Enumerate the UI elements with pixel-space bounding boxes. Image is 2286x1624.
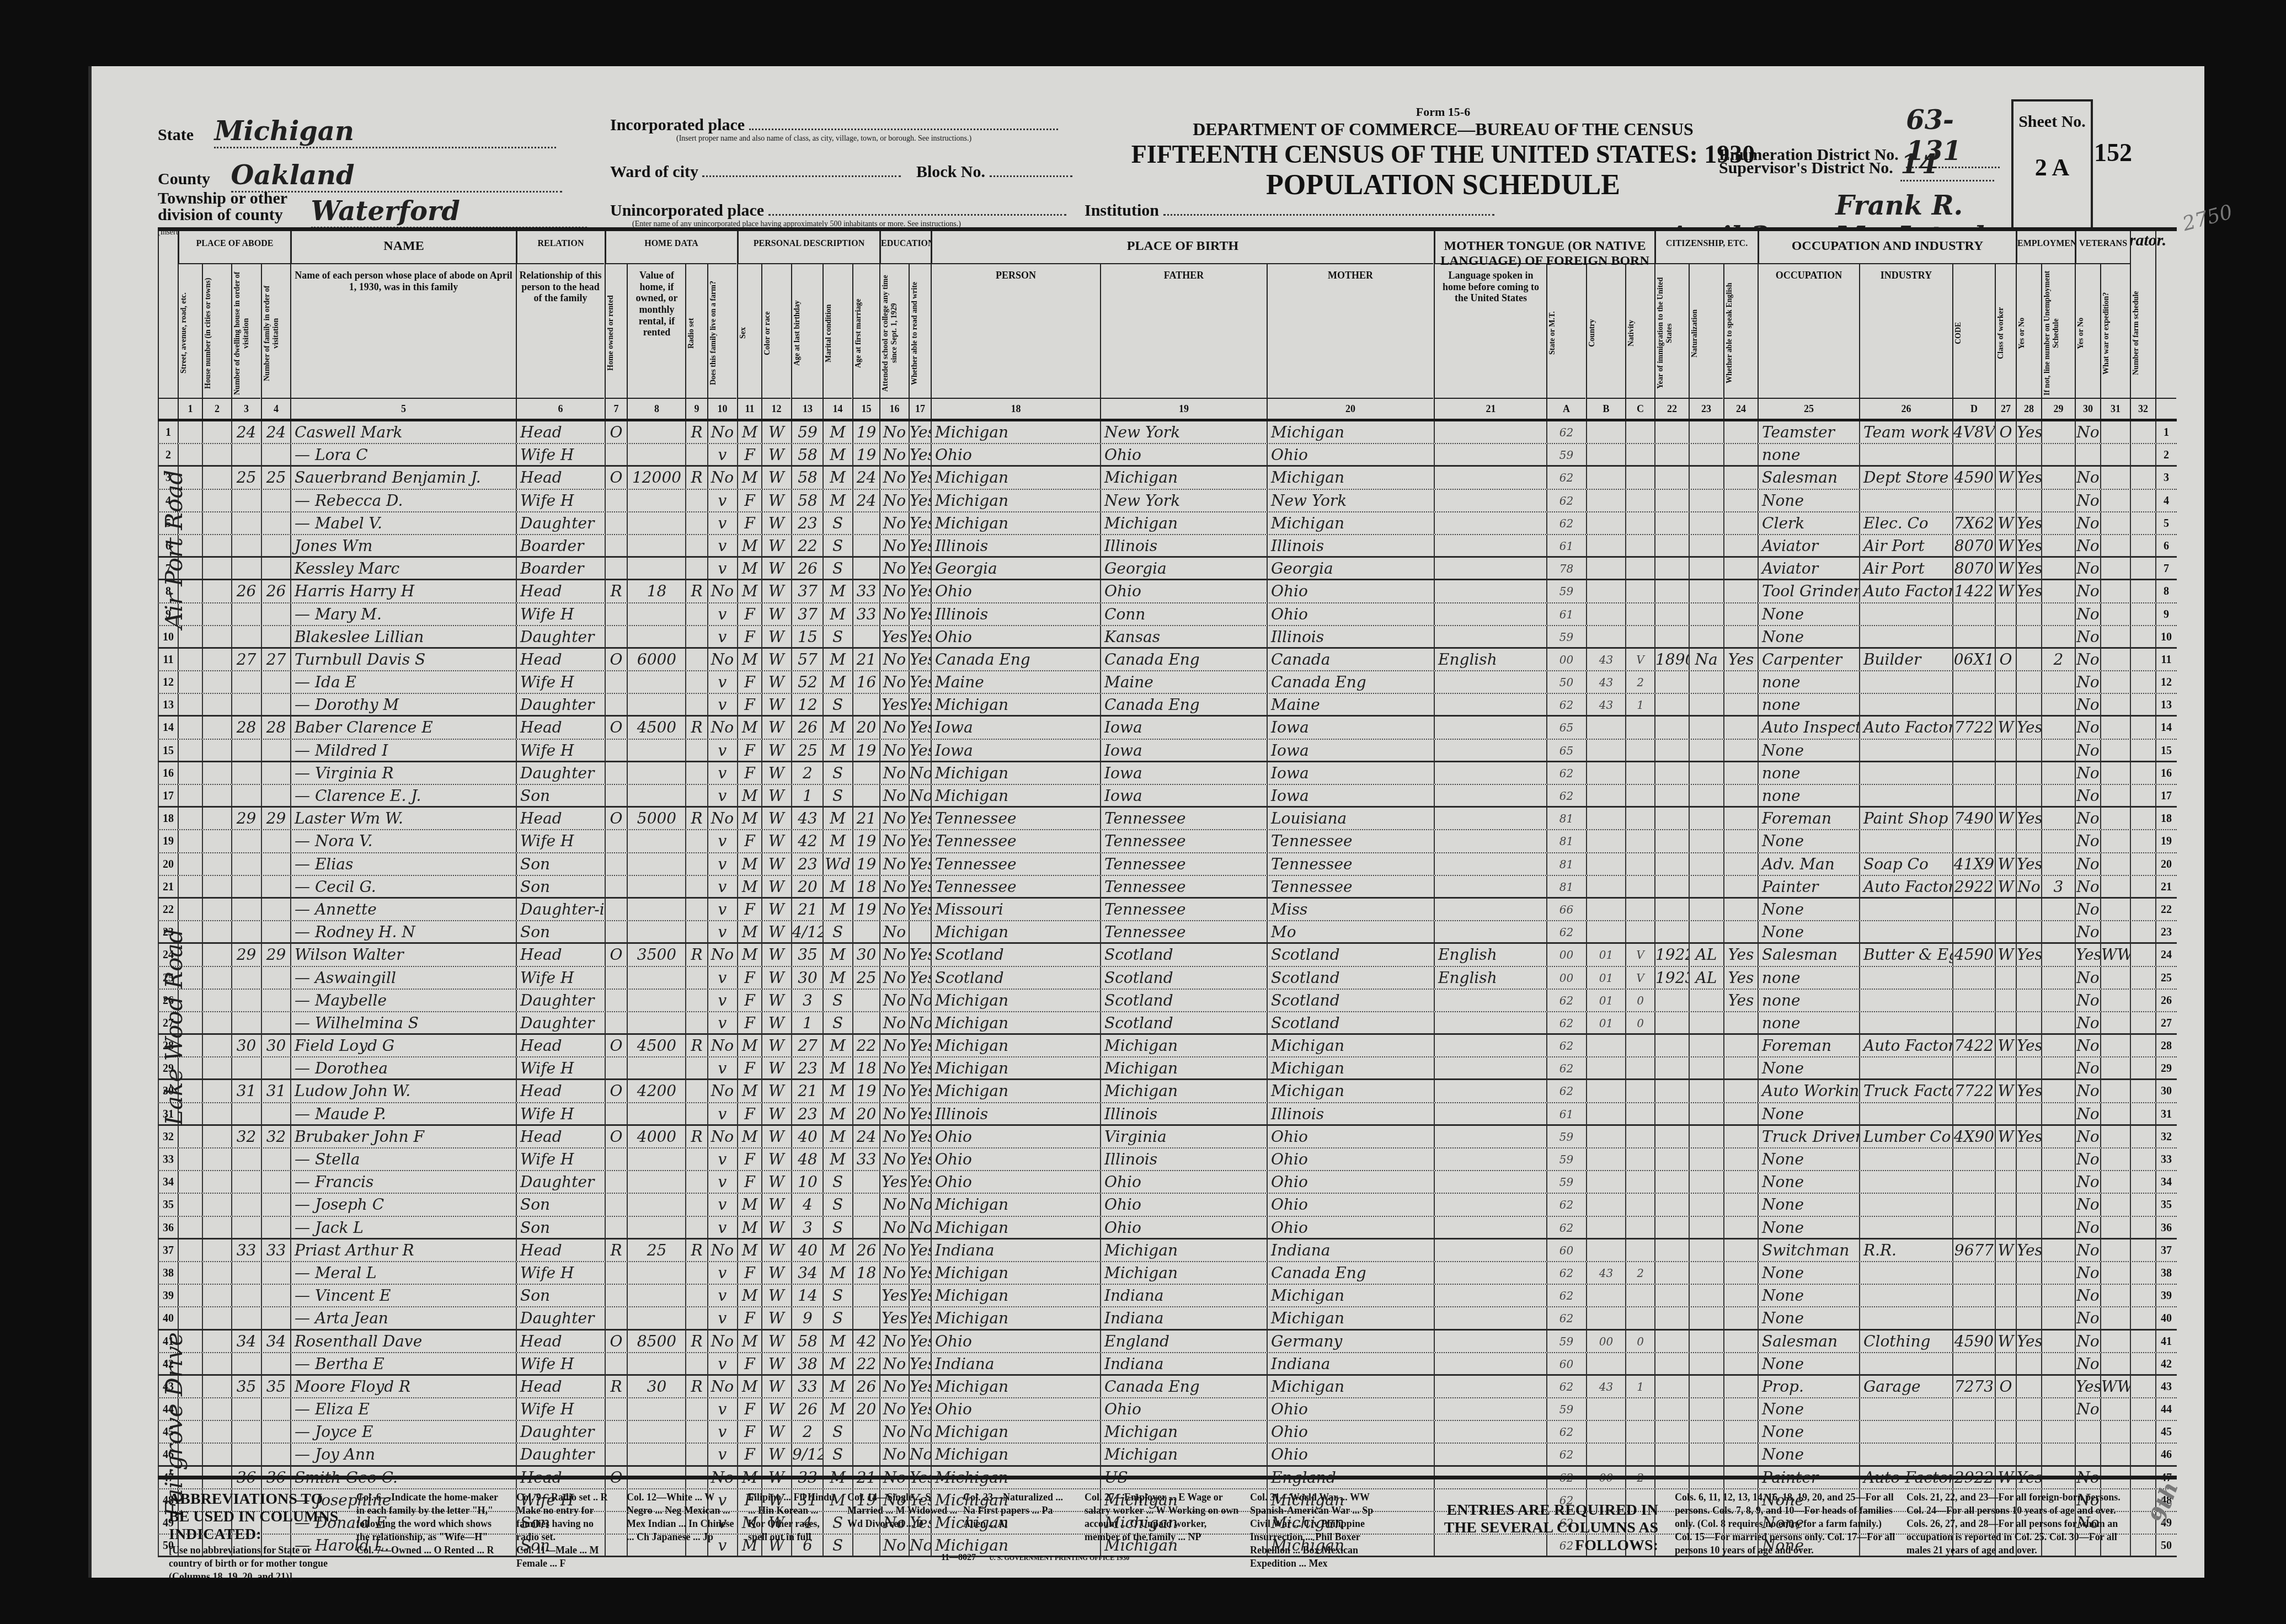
cell-dw: 34 xyxy=(231,1331,260,1352)
cell-dw xyxy=(231,1194,260,1215)
cell-c xyxy=(1625,1285,1654,1306)
cell-sch: No xyxy=(879,717,909,738)
cell-f32 xyxy=(2130,1421,2155,1443)
cell-cls xyxy=(1995,921,2016,942)
column-number: 15 xyxy=(853,398,879,419)
cell-name: — Aswaingill xyxy=(290,967,516,989)
cell-name: Laster Wm W. xyxy=(290,808,516,829)
cell-sex: F xyxy=(737,444,761,465)
cell-war xyxy=(2100,1194,2130,1215)
sd-label: Supervisor's District No. xyxy=(1719,159,1893,177)
cell-emp xyxy=(2016,1262,2041,1284)
cell-unemp xyxy=(2041,1217,2075,1238)
cell-b xyxy=(1586,1171,1625,1193)
cell-age: 26 xyxy=(791,717,823,738)
cell-dw xyxy=(231,1103,260,1124)
cell-radio xyxy=(685,1353,707,1374)
cell-imm xyxy=(1654,1376,1689,1397)
cell-own xyxy=(605,740,627,761)
cell-war xyxy=(2100,1240,2130,1261)
cell-emp: Yes xyxy=(2016,467,2041,488)
cell-lang xyxy=(1434,626,1547,647)
cell-vet: No xyxy=(2075,1285,2100,1306)
cell-vet: No xyxy=(2075,717,2100,738)
cell-age: 23 xyxy=(791,853,823,875)
cell-code xyxy=(1952,1398,1995,1420)
cell-age: 9 xyxy=(791,1307,823,1328)
cell-unemp xyxy=(2041,808,2075,829)
cell-rw: Yes xyxy=(909,694,931,715)
cell-name: Jones Wm xyxy=(290,535,516,556)
cell-lang xyxy=(1434,1240,1547,1261)
cell-age: 43 xyxy=(791,808,823,829)
table-row: 33— StellaWife HvFW48M33NoYesOhioIllinoi… xyxy=(158,1148,2177,1171)
cell-sex: M xyxy=(737,580,761,602)
cell-age: 14 xyxy=(791,1285,823,1306)
cell-lang xyxy=(1434,490,1547,511)
column-header-text: Marital condition xyxy=(825,270,851,397)
department-title: DEPARTMENT OF COMMERCE—BUREAU OF THE CEN… xyxy=(1085,119,1802,140)
township-label: Township or other division of county xyxy=(158,190,290,223)
cell-vet: No xyxy=(2075,490,2100,511)
cell-race: W xyxy=(761,512,791,534)
column-number: 27 xyxy=(1996,398,2016,419)
cell-own xyxy=(605,558,627,579)
cell-occ: none xyxy=(1758,762,1859,784)
cell-ln2: 22 xyxy=(2155,899,2176,920)
table-body: 12424Caswell MarkHeadORNoMW59M19NoYesMic… xyxy=(158,421,2177,1557)
cell-imm xyxy=(1654,1035,1689,1056)
cell-war xyxy=(2100,921,2130,942)
cell-occ: None xyxy=(1758,1262,1859,1284)
cell-mar: M xyxy=(822,740,852,761)
cell-afm xyxy=(852,1217,879,1238)
cell-mar: M xyxy=(822,490,852,511)
cell-vet: No xyxy=(2075,535,2100,556)
cell-sch: No xyxy=(879,967,909,989)
cell-b: 43 xyxy=(1586,671,1625,693)
cell-afm: 22 xyxy=(852,1353,879,1374)
cell-imm xyxy=(1654,512,1689,534)
cell-code: 7422 xyxy=(1952,1035,1995,1056)
cell-code xyxy=(1952,490,1995,511)
cell-ln2: 20 xyxy=(2155,853,2176,875)
cell-name: — Lora C xyxy=(290,444,516,465)
cell-unemp xyxy=(2041,1012,2075,1033)
cell-f32 xyxy=(2130,740,2155,761)
cell-vet: No xyxy=(2075,808,2100,829)
cell-ln2: 16 xyxy=(2155,762,2176,784)
cell-radio: R xyxy=(685,944,707,965)
cell-name: Field Loyd G xyxy=(290,1035,516,1056)
cell-race: W xyxy=(761,1035,791,1056)
column-number xyxy=(2156,398,2176,419)
cell-own: O xyxy=(605,467,627,488)
cell-age: 21 xyxy=(791,1080,823,1102)
cell-bpf: Canada Eng xyxy=(1100,1376,1267,1397)
cell-ln2: 1 xyxy=(2155,421,2176,443)
cell-house xyxy=(202,603,231,625)
sheet-number-box: Sheet No. 2 A xyxy=(2011,99,2093,236)
cell-lang xyxy=(1434,671,1547,693)
cell-bpm: Michigan xyxy=(1267,1376,1433,1397)
cell-sch: No xyxy=(879,649,909,670)
cell-bpm: Iowa xyxy=(1267,785,1433,806)
cell-nat xyxy=(1689,1353,1723,1374)
table-row: 13— Dorothy MDaughtervFW12SYesYesMichiga… xyxy=(158,694,2177,717)
cell-vet: No xyxy=(2075,649,2100,670)
cell-fm: 24 xyxy=(261,421,290,443)
cell-occ: Auto Inspection xyxy=(1758,717,1859,738)
cell-bp: Michigan xyxy=(931,762,1100,784)
cell-bpf: Iowa xyxy=(1100,740,1267,761)
population-table: Street, avenue, road, etc.1House number … xyxy=(158,227,2177,1557)
cell-lang: English xyxy=(1434,944,1547,965)
cell-radio xyxy=(685,830,707,852)
cell-f32 xyxy=(2130,1217,2155,1238)
cell-lang xyxy=(1434,467,1547,488)
cell-emp xyxy=(2016,1421,2041,1443)
cell-lang xyxy=(1434,899,1547,920)
column-number: B xyxy=(1587,398,1625,419)
cell-sch: No xyxy=(879,603,909,625)
cell-own: R xyxy=(605,580,627,602)
cell-ln2: 6 xyxy=(2155,535,2176,556)
cell-bpm: Ohio xyxy=(1267,603,1433,625)
cell-mar: M xyxy=(822,944,852,965)
cell-emp xyxy=(2016,785,2041,806)
cell-name: — Jack L xyxy=(290,1217,516,1238)
cell-occ: Salesman xyxy=(1758,467,1859,488)
cell-occ: None xyxy=(1758,1398,1859,1420)
column-number: 2 xyxy=(203,398,231,419)
cell-afm: 21 xyxy=(852,808,879,829)
cell-own: O xyxy=(605,1331,627,1352)
cell-lang xyxy=(1434,1376,1547,1397)
cell-bpf: Canada Eng xyxy=(1100,649,1267,670)
cell-emp xyxy=(2016,899,2041,920)
cell-name: — Joseph C xyxy=(290,1194,516,1215)
cell-val xyxy=(627,535,686,556)
column-header-text xyxy=(160,270,177,397)
cell-bp: Michigan xyxy=(931,490,1100,511)
column-number: 24 xyxy=(1724,398,1758,419)
cell-ind xyxy=(1859,1057,1952,1078)
cell-ind: Air Port xyxy=(1859,535,1952,556)
cell-war xyxy=(2100,1035,2130,1056)
cell-afm: 19 xyxy=(852,740,879,761)
col12-note: Col. 12—White ... W Negro ... Neg Mexica… xyxy=(627,1491,737,1543)
cell-name: Priast Arthur R xyxy=(290,1240,516,1261)
cell-sex: F xyxy=(737,899,761,920)
cell-vet: No xyxy=(2075,853,2100,875)
cell-f32 xyxy=(2130,876,2155,897)
cell-emp xyxy=(2016,1012,2041,1033)
cell-sex: F xyxy=(737,603,761,625)
cell-rel: Son xyxy=(516,921,604,942)
cell-imm xyxy=(1654,1126,1689,1147)
cell-imm xyxy=(1654,1057,1689,1078)
cell-f32 xyxy=(2130,1307,2155,1328)
cell-age: 48 xyxy=(791,1148,823,1170)
cell-val xyxy=(627,1057,686,1078)
cell-a: 62 xyxy=(1546,990,1585,1011)
cell-fm xyxy=(261,785,290,806)
cell-lang: English xyxy=(1434,649,1547,670)
cell-afm: 33 xyxy=(852,1148,879,1170)
cell-ind xyxy=(1859,990,1952,1011)
cell-radio: R xyxy=(685,1240,707,1261)
cell-age: 52 xyxy=(791,671,823,693)
cell-lang xyxy=(1434,444,1547,465)
cell-vet xyxy=(2075,1421,2100,1443)
cell-bpm: Michigan xyxy=(1267,512,1433,534)
cell-dw xyxy=(231,603,260,625)
cell-house xyxy=(202,626,231,647)
table-row: 15— Mildred IWife HvFW25M19NoYesIowaIowa… xyxy=(158,740,2177,762)
cell-code: 4590 xyxy=(1952,467,1995,488)
cell-unemp xyxy=(2041,490,2075,511)
cell-lang xyxy=(1434,876,1547,897)
cell-c xyxy=(1625,785,1654,806)
cell-fm xyxy=(261,1398,290,1420)
cell-cls: W xyxy=(1995,944,2016,965)
cell-eng xyxy=(1723,830,1758,852)
cell-age: 26 xyxy=(791,1398,823,1420)
cell-rw: Yes xyxy=(909,899,931,920)
cell-a: 62 xyxy=(1546,785,1585,806)
cell-val xyxy=(627,1285,686,1306)
cell-c xyxy=(1625,1240,1654,1261)
cell-fm xyxy=(261,1103,290,1124)
column-number: 31 xyxy=(2101,398,2130,419)
cell-house xyxy=(202,649,231,670)
cell-name: — Maude P. xyxy=(290,1103,516,1124)
cell-occ: None xyxy=(1758,626,1859,647)
cell-nat xyxy=(1689,853,1723,875)
cell-race: W xyxy=(761,1057,791,1078)
cell-sex: M xyxy=(737,717,761,738)
cell-war xyxy=(2100,1057,2130,1078)
cell-dw: 35 xyxy=(231,1376,260,1397)
cell-mar: M xyxy=(822,421,852,443)
cell-sch: No xyxy=(879,1398,909,1420)
cell-radio xyxy=(685,649,707,670)
cell-code xyxy=(1952,1103,1995,1124)
cell-emp xyxy=(2016,921,2041,942)
column-number: 11 xyxy=(738,398,761,419)
cell-rel: Wife H xyxy=(516,1262,604,1284)
cell-code: 8070 xyxy=(1952,558,1995,579)
cell-occ: none xyxy=(1758,785,1859,806)
cell-imm xyxy=(1654,921,1689,942)
cell-bpm: Michigan xyxy=(1267,1307,1433,1328)
cell-lang: English xyxy=(1434,967,1547,989)
cell-eng xyxy=(1723,1353,1758,1374)
cell-house xyxy=(202,1444,231,1465)
cell-bpf: Indiana xyxy=(1100,1307,1267,1328)
abbrev-note: [Use no abbreviations for State or count… xyxy=(169,1543,345,1583)
cell-unemp xyxy=(2041,1080,2075,1102)
cell-ind: Paint Shop xyxy=(1859,808,1952,829)
cell-mar: M xyxy=(822,899,852,920)
column-header-text: Country xyxy=(1588,270,1624,397)
cell-unemp xyxy=(2041,1376,2075,1397)
cell-code xyxy=(1952,830,1995,852)
cell-name: — Virginia R xyxy=(290,762,516,784)
cell-val xyxy=(627,740,686,761)
cell-ln2: 27 xyxy=(2155,1012,2176,1033)
cell-vet: No xyxy=(2075,1353,2100,1374)
cell-farm: v xyxy=(707,1194,736,1215)
cell-mar: M xyxy=(822,1080,852,1102)
table-row: 44— Eliza EWife HvFW26M20NoYesOhioOhioOh… xyxy=(158,1398,2177,1421)
cell-sex: F xyxy=(737,1148,761,1170)
column-header-ln2 xyxy=(2155,231,2176,419)
cell-occ: None xyxy=(1758,1148,1859,1170)
cell-farm: v xyxy=(707,1217,736,1238)
cell-f32 xyxy=(2130,1035,2155,1056)
cell-nat xyxy=(1689,740,1723,761)
cell-unemp xyxy=(2041,921,2075,942)
cell-val xyxy=(627,1148,686,1170)
cell-bp: Michigan xyxy=(931,785,1100,806)
table-header: Street, avenue, road, etc.1House number … xyxy=(158,231,2177,421)
form-number: Form 15-6 xyxy=(1085,105,1802,119)
cell-afm: 24 xyxy=(852,490,879,511)
cell-own xyxy=(605,1057,627,1078)
cell-afm: 22 xyxy=(852,1035,879,1056)
cell-bpm: Ohio xyxy=(1267,1217,1433,1238)
cell-nat xyxy=(1689,580,1723,602)
cell-radio xyxy=(685,694,707,715)
cell-occ: Teamster xyxy=(1758,421,1859,443)
cell-bp: Illinois xyxy=(931,535,1100,556)
abbrev-block: ABBREVIATIONS TO BE USED IN COLUMNS INDI… xyxy=(169,1491,345,1583)
cell-val xyxy=(627,671,686,693)
cell-name: — Dorothea xyxy=(290,1057,516,1078)
cell-emp: No xyxy=(2016,876,2041,897)
cell-radio xyxy=(685,1012,707,1033)
cell-vet: No xyxy=(2075,1240,2100,1261)
cell-rel: Head xyxy=(516,944,604,965)
cell-vet: No xyxy=(2075,740,2100,761)
cell-afm: 19 xyxy=(852,421,879,443)
cell-cls xyxy=(1995,1444,2016,1465)
cell-house xyxy=(202,762,231,784)
cell-afm: 26 xyxy=(852,1376,879,1397)
cell-rw: Yes xyxy=(909,944,931,965)
cell-unemp xyxy=(2041,467,2075,488)
cell-rel: Wife H xyxy=(516,490,604,511)
cell-nat xyxy=(1689,762,1723,784)
column-header-f32: Number of farm schedule32 xyxy=(2130,231,2155,419)
cell-unemp xyxy=(2041,444,2075,465)
cell-b: 43 xyxy=(1586,649,1625,670)
cell-c: 1 xyxy=(1625,694,1654,715)
cell-bpm: Ohio xyxy=(1267,1444,1433,1465)
cell-ind xyxy=(1859,1353,1952,1374)
cell-bpm: Michigan xyxy=(1267,467,1433,488)
cell-c xyxy=(1625,1421,1654,1443)
cell-imm xyxy=(1654,1421,1689,1443)
cell-bp: Michigan xyxy=(931,1080,1100,1102)
cell-emp: Yes xyxy=(2016,580,2041,602)
cell-dw xyxy=(231,1148,260,1170)
cell-cls: W xyxy=(1995,535,2016,556)
cell-own xyxy=(605,1148,627,1170)
cell-eng xyxy=(1723,1057,1758,1078)
cell-eng xyxy=(1723,580,1758,602)
cell-unemp xyxy=(2041,580,2075,602)
cell-ln2: 41 xyxy=(2155,1331,2176,1352)
cell-dw: 26 xyxy=(231,580,260,602)
cell-nat xyxy=(1689,876,1723,897)
cell-own: O xyxy=(605,944,627,965)
cell-imm xyxy=(1654,1444,1689,1465)
cell-nat xyxy=(1689,1421,1723,1443)
cell-code xyxy=(1952,1353,1995,1374)
column-header-text: Street, avenue, road, etc. xyxy=(180,270,201,397)
cell-bpf: New York xyxy=(1100,490,1267,511)
cell-cls xyxy=(1995,626,2016,647)
cell-bpf: Scotland xyxy=(1100,967,1267,989)
cell-imm xyxy=(1654,1148,1689,1170)
cell-unemp xyxy=(2041,853,2075,875)
cell-lang xyxy=(1434,740,1547,761)
cell-race: W xyxy=(761,603,791,625)
cell-occ: Tool Grinder xyxy=(1758,580,1859,602)
cell-house xyxy=(202,1217,231,1238)
sheet-number: 2 A xyxy=(2013,153,2091,181)
incorporated-label: Incorporated place xyxy=(610,116,745,134)
cell-rw: Yes xyxy=(909,1148,931,1170)
cell-emp xyxy=(2016,830,2041,852)
cell-f32 xyxy=(2130,421,2155,443)
cell-radio xyxy=(685,876,707,897)
cell-afm: 20 xyxy=(852,1398,879,1420)
cell-fm xyxy=(261,1353,290,1374)
cell-emp: Yes xyxy=(2016,853,2041,875)
cell-name: Ludow John W. xyxy=(290,1080,516,1102)
cell-cls xyxy=(1995,603,2016,625)
cell-ind xyxy=(1859,1262,1952,1284)
cell-nat xyxy=(1689,1148,1723,1170)
cell-sex: M xyxy=(737,558,761,579)
cell-imm xyxy=(1654,1171,1689,1193)
cell-radio xyxy=(685,603,707,625)
cell-c xyxy=(1625,558,1654,579)
cell-cls: O xyxy=(1995,649,2016,670)
pencil-footer-note: 9th xyxy=(2151,1481,2178,1524)
cell-bpf: Iowa xyxy=(1100,717,1267,738)
column-number: 19 xyxy=(1101,398,1267,419)
cell-race: W xyxy=(761,1444,791,1465)
cell-own xyxy=(605,830,627,852)
cell-occ: none xyxy=(1758,990,1859,1011)
table-row: 29— DorotheaWife HvFW23M18NoYesMichiganM… xyxy=(158,1057,2177,1080)
cell-age: 15 xyxy=(791,626,823,647)
cell-code xyxy=(1952,785,1995,806)
cell-cls xyxy=(1995,830,2016,852)
cell-race: W xyxy=(761,1262,791,1284)
cell-name: — Eliza E xyxy=(290,1398,516,1420)
cell-occ: None xyxy=(1758,603,1859,625)
cell-own: O xyxy=(605,1126,627,1147)
cell-bpf: Ohio xyxy=(1100,1194,1267,1215)
cell-nat xyxy=(1689,603,1723,625)
cell-sex: M xyxy=(737,944,761,965)
